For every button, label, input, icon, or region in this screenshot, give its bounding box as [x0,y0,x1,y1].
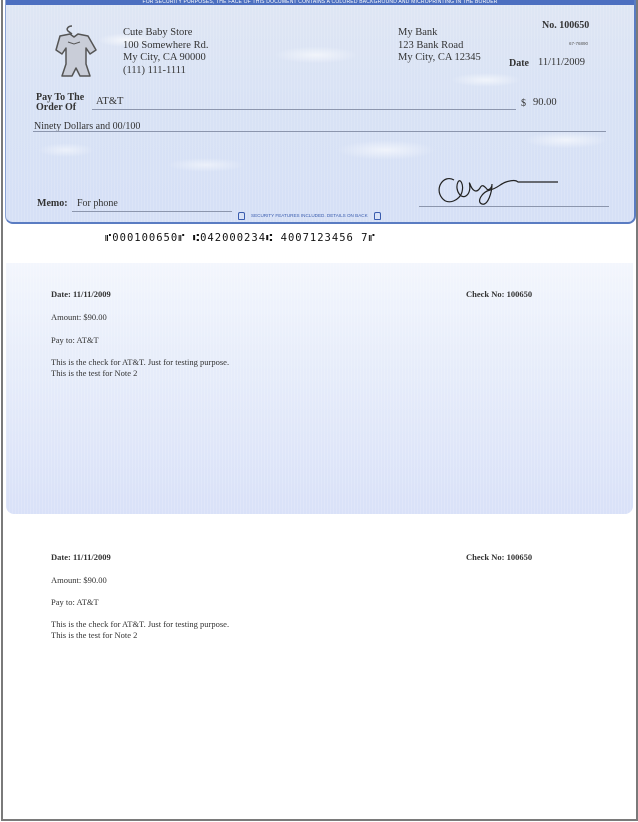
stub-note-line2: This is the test for Note 2 [51,630,137,640]
bank-address: My Bank 123 Bank Road My City, CA 12345 [398,27,481,65]
bank-address-line2: My City, CA 12345 [398,52,481,65]
payer-phone: (111) 111-1111 [123,65,208,78]
amount-words-line [33,131,606,132]
micr-line: ⑈000100650⑈ ⑆042000234⑆ 4007123456 7⑈ [105,232,376,244]
signature [434,168,594,218]
security-banner: FOR SECURITY PURPOSES, THE FACE OF THIS … [6,0,634,5]
date-label: Date [509,58,529,69]
payee: AT&T [96,96,123,107]
stub-date: Date: 11/11/2009 [51,552,111,562]
stub-1-background [6,263,633,514]
signature-line [419,206,609,207]
stub-date: Date: 11/11/2009 [51,289,111,299]
stub-check-number: Check No: 100650 [466,289,532,299]
stub-note-line1: This is the check for AT&T. Just for tes… [51,619,229,629]
bank-name: My Bank [398,27,481,40]
pay-to-label: Pay To The Order Of [36,93,84,113]
payer-name: Cute Baby Store [123,27,208,40]
dollar-sign: $ [521,98,526,109]
security-note-text: SECURITY FEATURES INCLUDED. DETAILS ON B… [251,213,368,218]
payer-address-line1: 100 Somewhere Rd. [123,40,208,53]
amount: 90.00 [533,97,557,108]
payer-address-line2: My City, CA 90000 [123,52,208,65]
check: FOR SECURITY PURPOSES, THE FACE OF THIS … [5,0,636,224]
bank-address-line1: 123 Bank Road [398,40,481,53]
lock-icon [374,212,381,220]
memo-line [72,211,232,212]
stub-amount: Amount: $90.00 [51,312,107,322]
memo: For phone [77,198,118,209]
check-date: 11/11/2009 [538,57,585,68]
stub-note-line2: This is the test for Note 2 [51,368,137,378]
stub-note-line1: This is the check for AT&T. Just for tes… [51,357,229,367]
payee-line [92,109,516,110]
security-note: SECURITY FEATURES INCLUDED. DETAILS ON B… [232,212,387,220]
memo-label: Memo: [37,198,68,209]
payer-address: Cute Baby Store 100 Somewhere Rd. My Cit… [123,27,208,77]
routing-fraction: 67-76890 [569,41,588,46]
lock-icon [238,212,245,220]
baby-onesie-icon [46,22,98,78]
stub-check-number: Check No: 100650 [466,552,532,562]
stub-pay-to: Pay to: AT&T [51,597,99,607]
pay-to-label-line2: Order Of [36,103,84,113]
stub-pay-to: Pay to: AT&T [51,335,99,345]
stub-amount: Amount: $90.00 [51,575,107,585]
check-number: No. 100650 [542,20,589,31]
